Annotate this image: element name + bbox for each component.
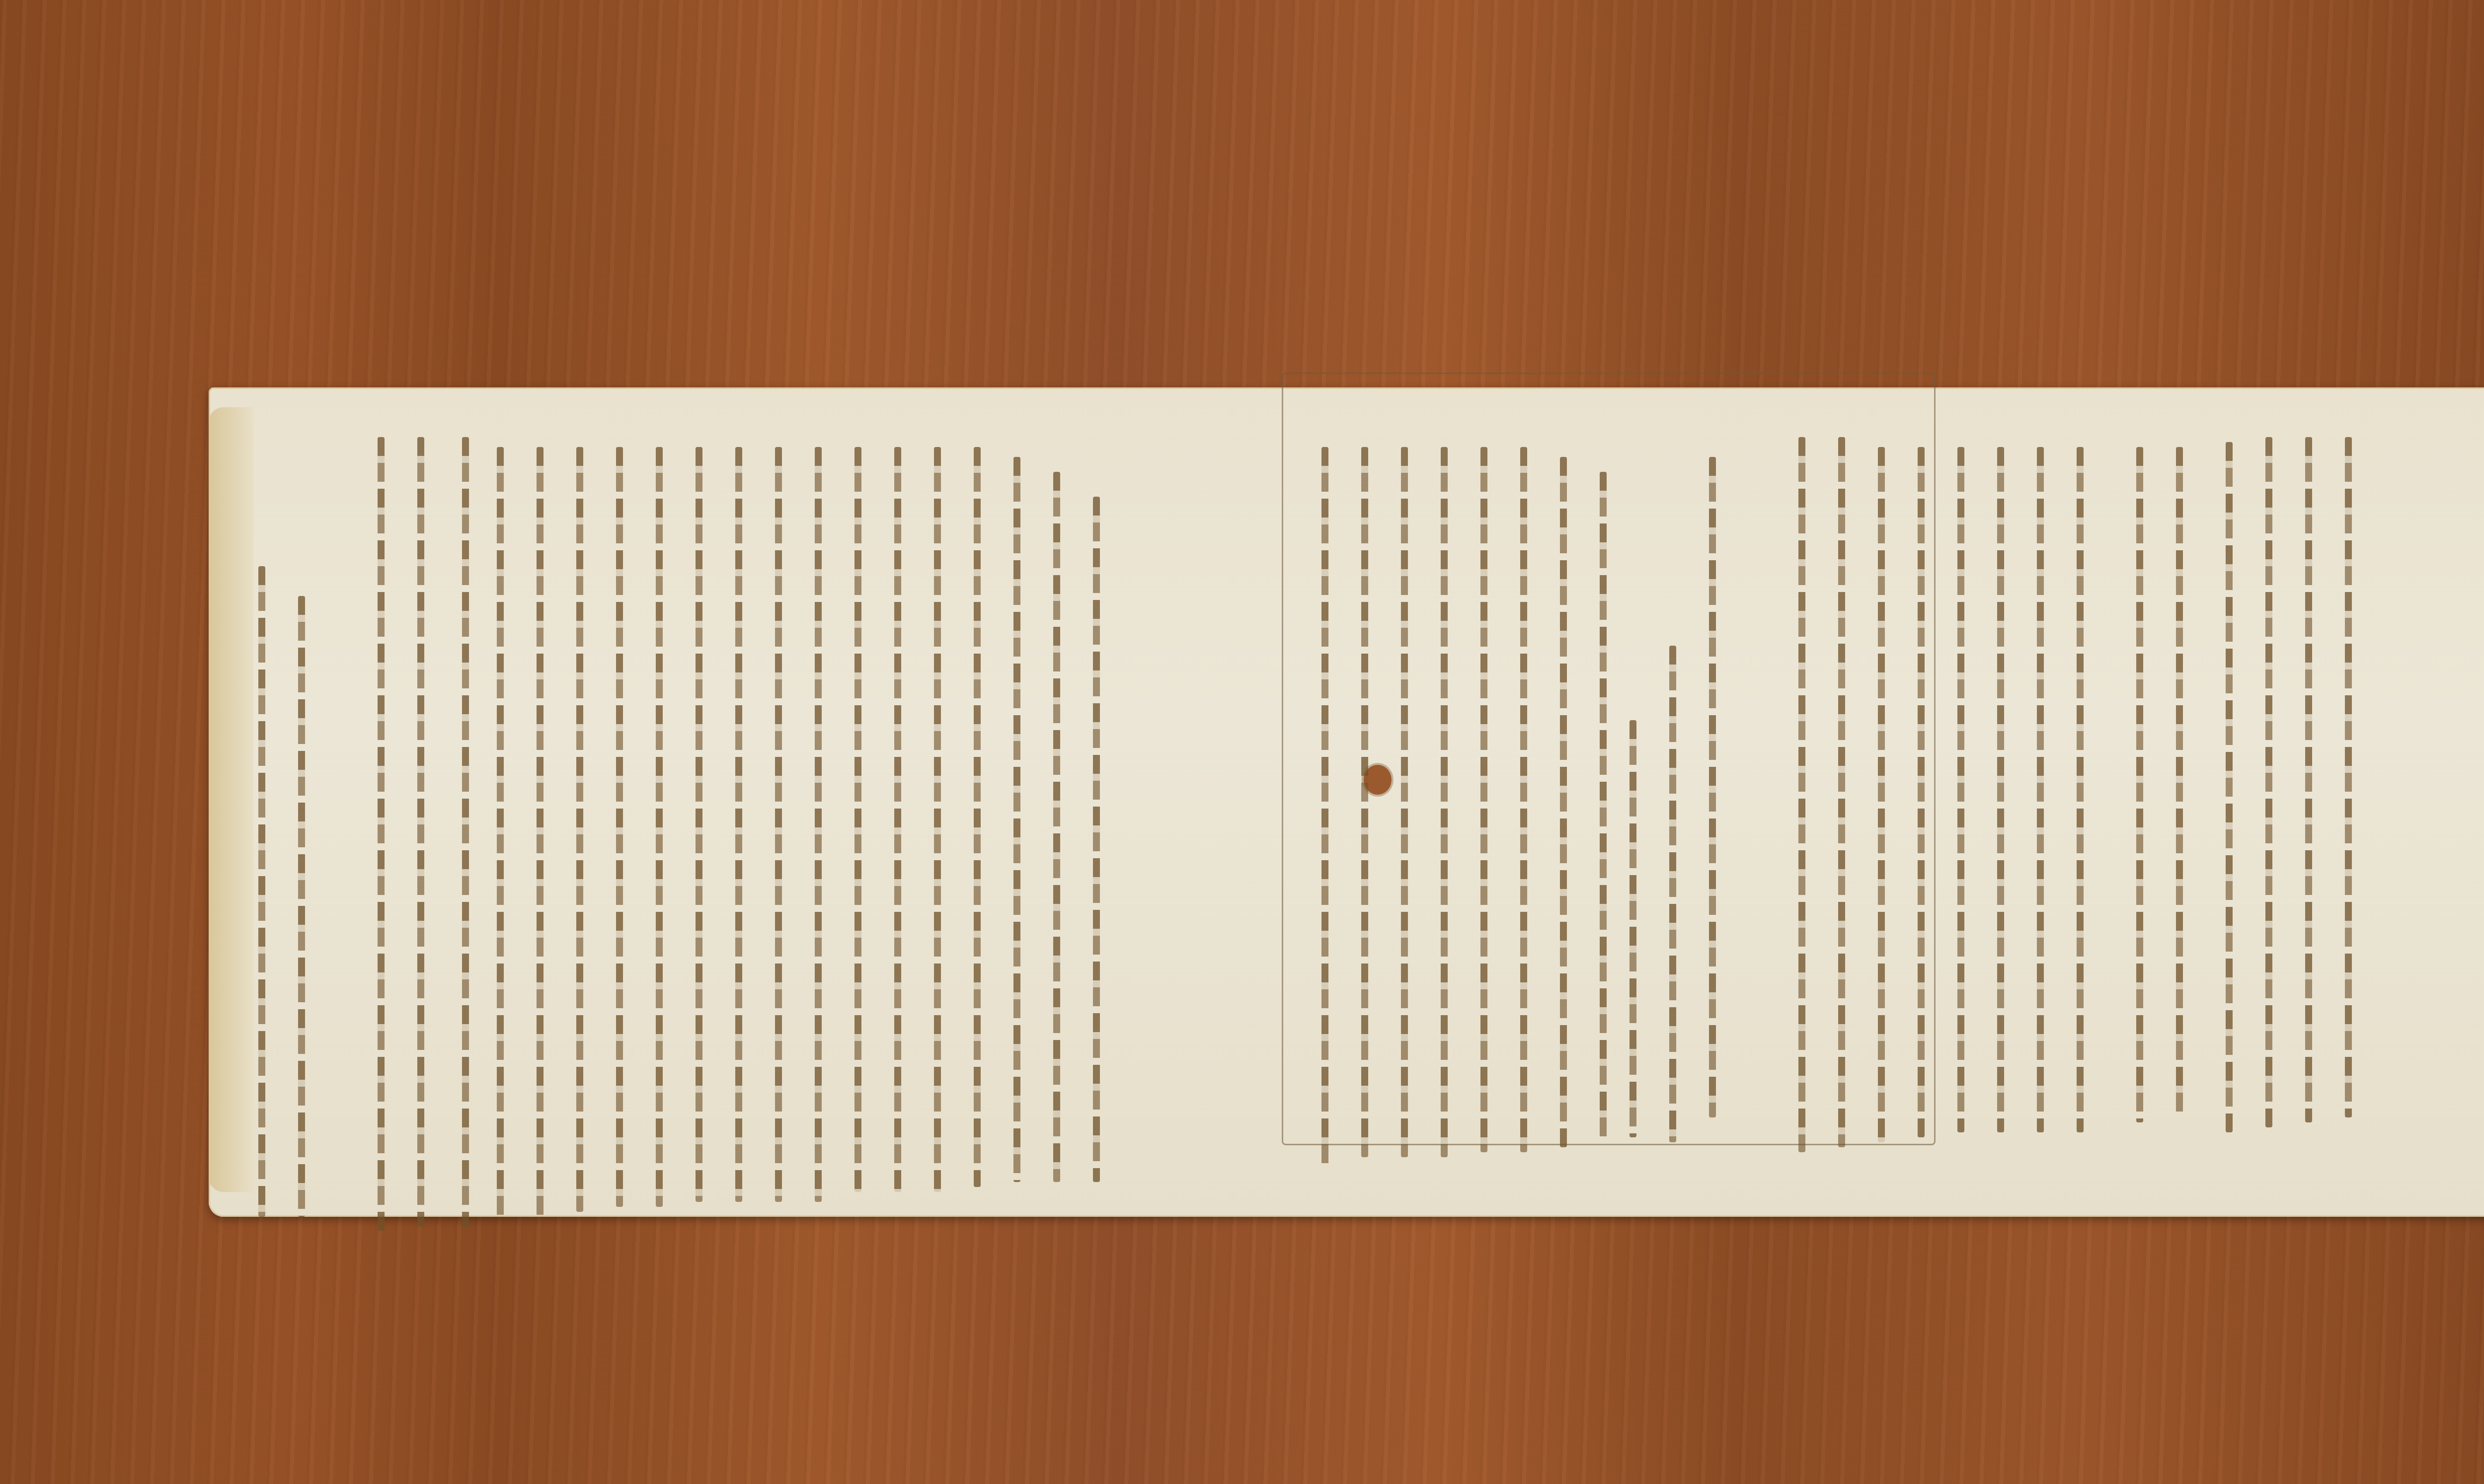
handwriting-stroke: [417, 437, 424, 1227]
handwriting-stroke: [1053, 472, 1060, 1182]
handwriting-stroke: [462, 437, 469, 1227]
handwriting-stroke: [775, 447, 782, 1202]
handwriting-stroke: [894, 447, 901, 1192]
handwriting-stroke: [2305, 437, 2312, 1122]
handwriting-stroke: [1878, 447, 1885, 1142]
handwriting-stroke: [1093, 497, 1100, 1182]
handwriting-stroke: [1798, 437, 1805, 1152]
handwriting-stroke: [576, 447, 583, 1212]
handwriting-stroke: [1997, 447, 2004, 1132]
handwriting-stroke: [378, 437, 385, 1232]
handwriting-stroke: [2136, 447, 2143, 1122]
paper-yellowed-edge: [209, 407, 253, 1192]
handwriting-stroke: [2226, 442, 2233, 1132]
handwriting-stroke: [537, 447, 543, 1217]
handwriting-stroke: [1600, 472, 1607, 1142]
handwriting-stroke: [1957, 447, 1964, 1132]
handwriting-stroke: [1013, 457, 1020, 1182]
handwriting-stroke: [656, 447, 663, 1207]
handwriting-stroke: [1838, 437, 1845, 1147]
handwriting-stroke: [2077, 447, 2084, 1132]
handwriting-stroke: [974, 447, 981, 1187]
handwriting-stroke: [1560, 457, 1567, 1147]
handwriting-stroke: [1361, 447, 1368, 1157]
handwriting-stroke: [2265, 437, 2272, 1127]
handwriting-stroke: [2037, 447, 2044, 1132]
handwriting-stroke: [2176, 447, 2183, 1117]
handwriting-stroke: [735, 447, 742, 1202]
handwriting-stroke: [1321, 447, 1328, 1167]
handwriting-stroke: [1709, 457, 1716, 1117]
handwriting-stroke: [2345, 437, 2352, 1117]
handwriting-stroke: [934, 447, 941, 1192]
handwriting-stroke: [1401, 447, 1408, 1157]
handwriting-stroke: [815, 447, 822, 1202]
handwriting-stroke: [616, 447, 623, 1207]
ruled-box: [1282, 372, 1936, 1145]
handwriting-stroke: [258, 566, 265, 1217]
handwriting-stroke: [854, 447, 861, 1192]
handwriting-stroke: [1520, 447, 1527, 1152]
handwriting-stroke: [1441, 447, 1448, 1157]
handwriting-stroke: [298, 596, 305, 1217]
handwriting-stroke: [1480, 447, 1487, 1152]
handwriting-stroke: [1918, 447, 1925, 1137]
handwriting-stroke: [1630, 720, 1636, 1137]
handwriting-stroke: [497, 447, 504, 1222]
handwriting-stroke: [696, 447, 702, 1202]
handwriting-stroke: [1669, 646, 1676, 1142]
